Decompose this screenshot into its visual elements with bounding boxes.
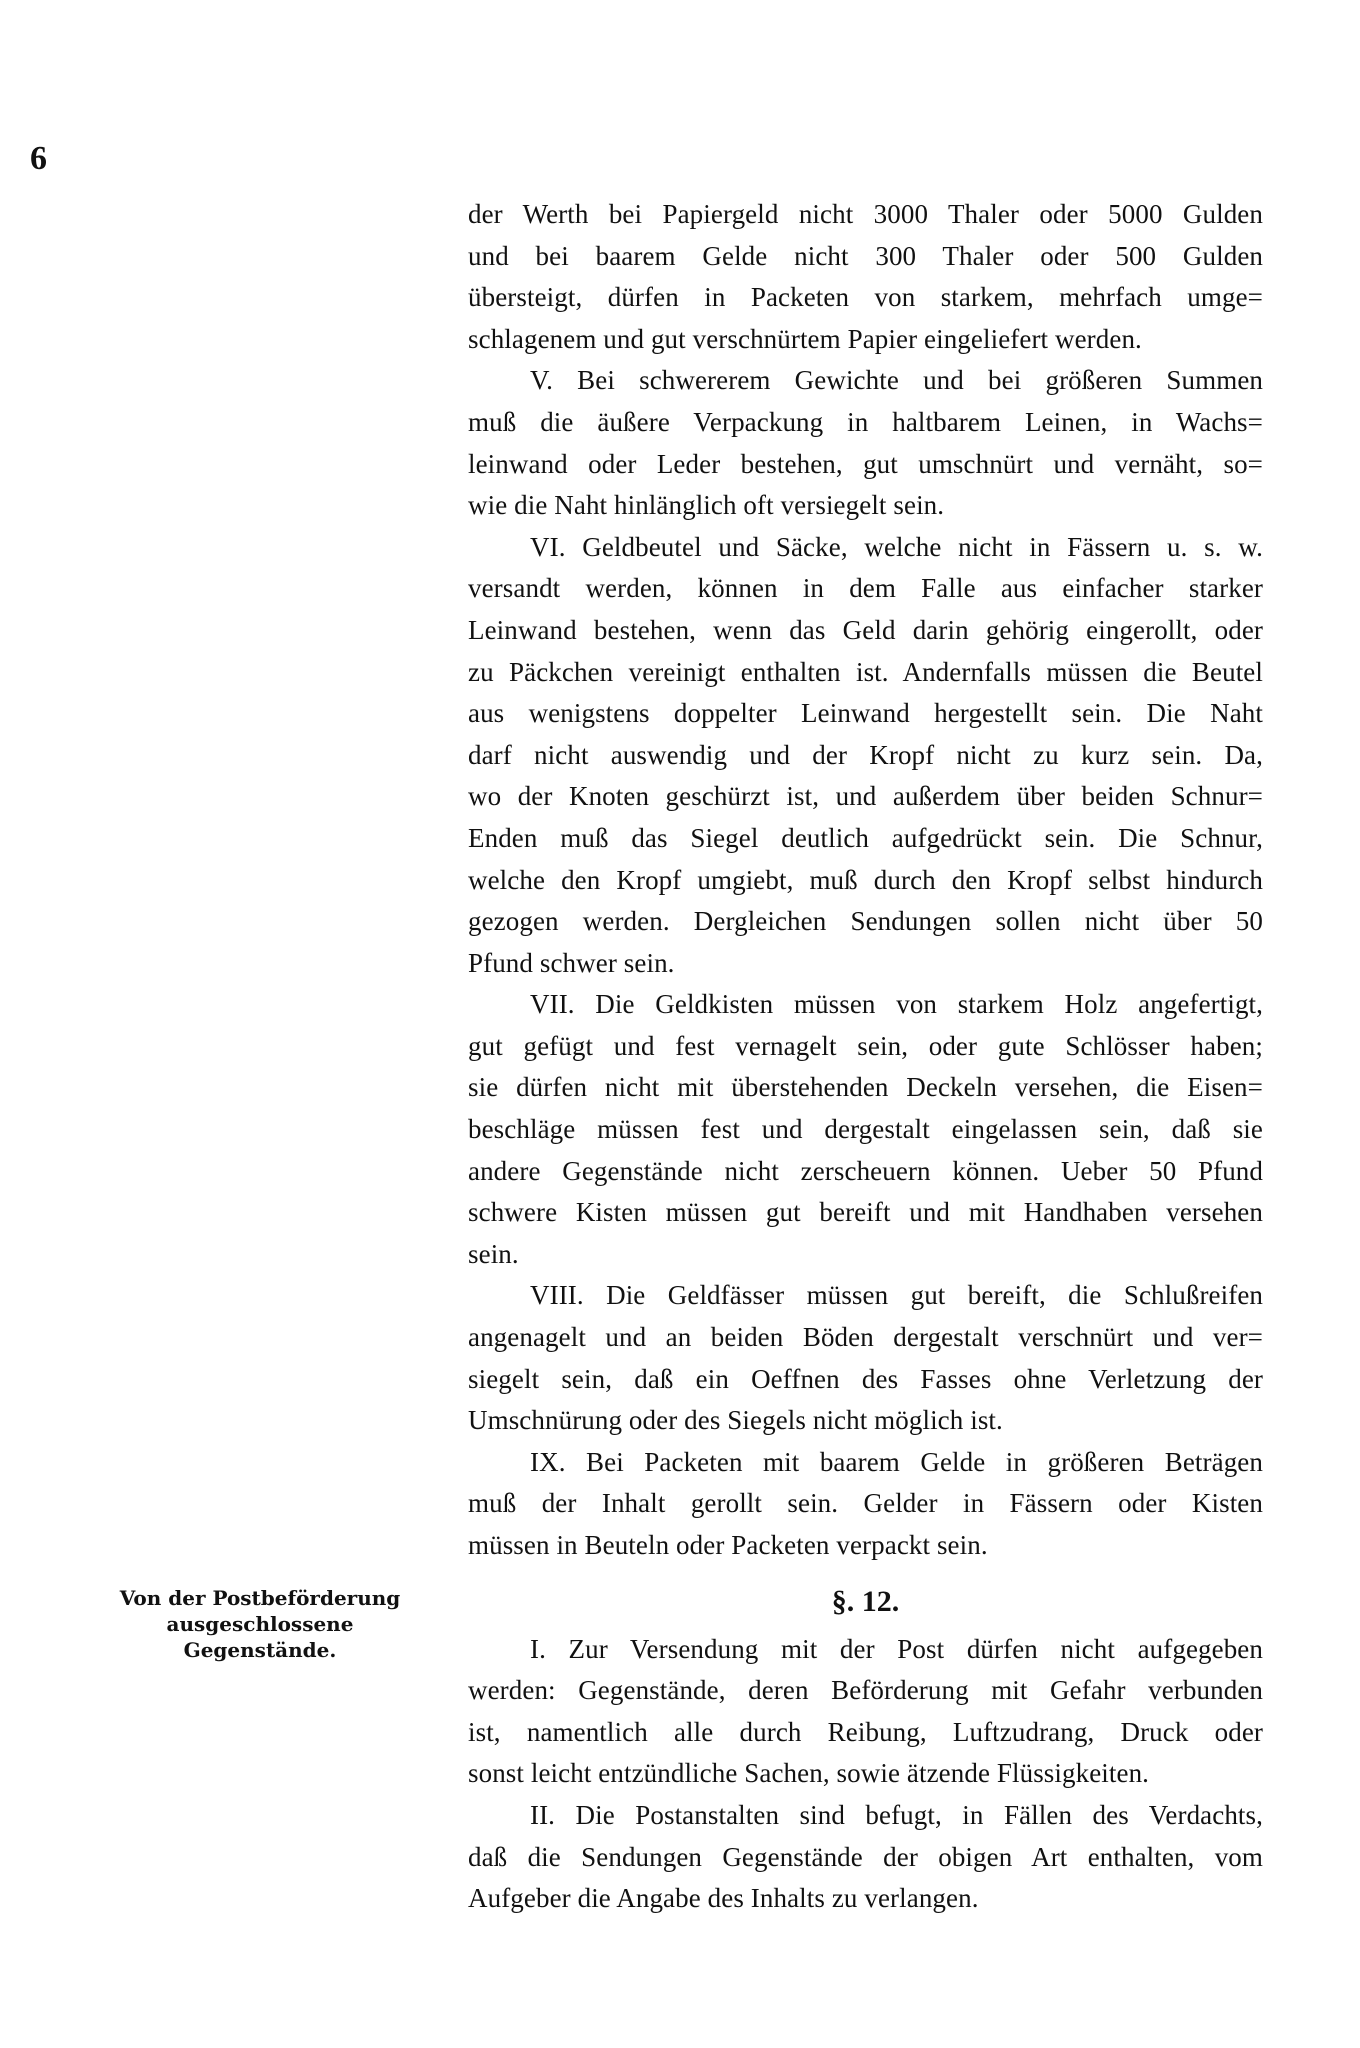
paragraph-V: V. Bei schwererem Gewichte und bei größe… [468,360,1263,526]
text-line: schlagenem und gut verschnürtem Papier e… [468,319,1263,361]
paragraph-continuation: der Werth bei Papiergeld nicht 3000 Thal… [468,194,1263,360]
text-line: V. Bei schwererem Gewichte und bei größe… [468,360,1263,402]
text-line: muß der Inhalt gerollt sein. Gelder in F… [468,1483,1263,1525]
text-line: schwere Kisten müssen gut bereift und mi… [468,1192,1263,1234]
text-line: Aufgeber die Angabe des Inhalts zu verla… [468,1878,1263,1920]
text-line: darf nicht auswendig und der Kropf nicht… [468,735,1263,777]
text-line: II. Die Postanstalten sind befugt, in Fä… [468,1795,1263,1837]
text-line: der Werth bei Papiergeld nicht 3000 Thal… [468,194,1263,236]
text-column: der Werth bei Papiergeld nicht 3000 Thal… [468,194,1263,1920]
text-line: wie die Naht hinlänglich oft versiegelt … [468,485,1263,527]
text-line: andere Gegenstände nicht zerscheuern kön… [468,1151,1263,1193]
page-number: 6 [30,140,47,178]
text-line: versandt werden, können in dem Falle aus… [468,568,1263,610]
paragraph-VII: VII. Die Geldkisten müssen von starkem H… [468,984,1263,1275]
paragraph-12-I: I. Zur Versendung mit der Post dürfen ni… [468,1629,1263,1795]
text-line: VIII. Die Geldfässer müssen gut bereift,… [468,1275,1263,1317]
paragraph-12-II: II. Die Postanstalten sind befugt, in Fä… [468,1795,1263,1920]
text-line: sie dürfen nicht mit überstehenden Decke… [468,1067,1263,1109]
text-line: und bei baarem Gelde nicht 300 Thaler od… [468,236,1263,278]
text-line: sonst leicht entzündliche Sachen, sowie … [468,1753,1263,1795]
text-line: siegelt sein, daß ein Oeffnen des Fasses… [468,1359,1263,1401]
text-line: VI. Geldbeutel und Säcke, welche nicht i… [468,527,1263,569]
text-line: wo der Knoten geschürzt ist, und außerde… [468,776,1263,818]
text-line: übersteigt, dürfen in Packeten von stark… [468,277,1263,319]
text-line: ist, namentlich alle durch Reibung, Luft… [468,1712,1263,1754]
text-line: beschläge müssen fest und dergestalt ein… [468,1109,1263,1151]
paragraph-VIII: VIII. Die Geldfässer müssen gut bereift,… [468,1275,1263,1441]
margin-note: Von der Postbeförderung ausgeschlossene … [40,1585,480,1663]
text-line: I. Zur Versendung mit der Post dürfen ni… [468,1629,1263,1671]
text-line: leinwand oder Leder bestehen, gut umschn… [468,444,1263,486]
text-line: Pfund schwer sein. [468,943,1263,985]
text-line: IX. Bei Packeten mit baarem Gelde in grö… [468,1442,1263,1484]
text-line: muß die äußere Verpackung in haltbarem L… [468,402,1263,444]
text-line: sein. [468,1234,1263,1276]
text-line: Enden muß das Siegel deutlich aufgedrück… [468,818,1263,860]
margin-note-line: Von der Postbeförderung ausgeschlossene [40,1585,480,1637]
text-line: werden: Gegenstände, deren Beförderung m… [468,1670,1263,1712]
text-line: müssen in Beuteln oder Packeten verpackt… [468,1525,1263,1567]
text-line: angenagelt und an beiden Böden dergestal… [468,1317,1263,1359]
text-line: VII. Die Geldkisten müssen von starkem H… [468,984,1263,1026]
paragraph-VI: VI. Geldbeutel und Säcke, welche nicht i… [468,527,1263,985]
text-line: welche den Kropf umgiebt, muß durch den … [468,860,1263,902]
text-line: Leinwand bestehen, wenn das Geld darin g… [468,610,1263,652]
text-line: Umschnürung oder des Siegels nicht mögli… [468,1400,1263,1442]
section-heading: §. 12. [468,1567,1263,1629]
text-line: zu Päckchen vereinigt enthalten ist. And… [468,652,1263,694]
paragraph-IX: IX. Bei Packeten mit baarem Gelde in grö… [468,1442,1263,1567]
text-line: gezogen werden. Dergleichen Sendungen so… [468,901,1263,943]
text-line: aus wenigstens doppelter Leinwand herges… [468,693,1263,735]
text-line: gut gefügt und fest vernagelt sein, oder… [468,1026,1263,1068]
margin-note-line: Gegenstände. [40,1637,480,1663]
text-line: daß die Sendungen Gegenstände der obigen… [468,1837,1263,1879]
